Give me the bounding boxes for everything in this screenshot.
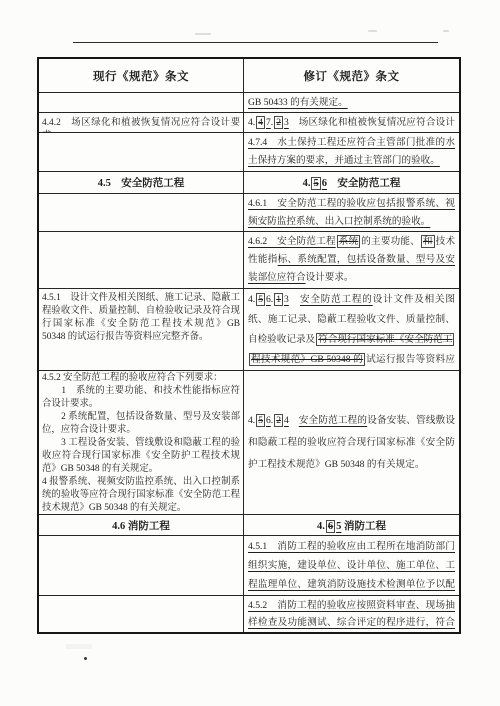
cell-revised: 4.5.2 消防工程的验收应按照资料审查、现场抽样检查及功能测试、综合评定的程序… [244,596,459,632]
cell-revised: 4.56 安全防范工程 [244,172,459,193]
cell-current [39,536,244,595]
scan-smudge [66,644,92,649]
cell-revised: GB 50433 的有关规定。 [244,93,459,112]
scan-smudge [195,33,211,35]
text-run: 设计要求。 [306,272,354,283]
text-run: 4 报警系统、视频安防监控系统、出入口控制系统的验收等应符合现行国家标准《安全防… [42,477,240,513]
text-run: 4.5 安全防范工程 [98,178,185,189]
table-row: 4.5.1 设计文件及相关图纸、施工记录、隐蔽工程验收文件、质量控制、自检验收记… [39,288,459,370]
inserted-run: 4.6.2 安全防范工程 [248,236,336,247]
cell-revised: 4.5.1 消防工程的验收应由工程所在地消防部门组织实施，建设单位、设计单位、施… [244,536,459,595]
table-row: 4.7.4 水土保持工程还应符合主管部门批准的水土保持方案的要求，并通过主管部门… [39,132,459,171]
inserted-run: 4.6.1 安全防范工程的验收应包括报警系统、视频安防监控系统、出入口控制系统的… [248,198,455,227]
cell-current: 4.5.1 设计文件及相关图纸、施工记录、隐蔽工程验收文件、质量控制、自检验收记… [39,289,244,370]
deleted-run: 2 [274,414,283,427]
inserted-run: 4.5.1 消防工程的验收应由工程所在地消防部门组织实施，建设单位、设计单位、施… [248,541,455,595]
table-row: 4.5.2 消防工程的验收应按照资料审查、现场抽样检查及功能测试、综合评定的程序… [39,595,459,632]
inserted-run: 安全防范工程的 [300,294,373,305]
section-title: 4.56 安全防范工程 [303,175,401,190]
deleted-run: 和 [421,235,435,248]
text-run: 4.5.1 设计文件及相关图纸、施工记录、隐蔽工程验收文件、质量控制、自检验收记… [42,293,242,342]
clause-paragraph: 1 系统的主要功能、和技术性能指标应符合设计要求。 [42,385,240,411]
table-row-section: 4.5 安全防范工程 4.56 安全防范工程 [39,171,459,193]
clause-paragraph: 3 工程设备安装、管线敷设和隐蔽工程的验收应符合现行国家标准《安全防护工程技术规… [42,437,240,476]
table-row: 4.5.1 消防工程的验收应由工程所在地消防部门组织实施，建设单位、设计单位、施… [39,535,459,595]
cell-current: 4.6 消防工程 [39,515,244,535]
table-header-row: 现行《规范》条文 修订《规范》条文 [39,59,459,92]
cell-revised: 4.6.1 安全防范工程的验收应包括报警系统、视频安防监控系统、出入口控制系统的… [244,194,459,231]
text-run: 1 系统的主要功能、和技术性能指标应符合设计要求。 [42,386,240,409]
inserted-run: 4.5.2 消防工程的验收应按照资料审查、现场抽样检查及功能测试、综合评定的程序… [248,600,455,632]
text-run: 4.5.2 安全防范工程的验收应符合下列要求： [42,373,222,383]
section-title: 4.5 安全防范工程 [98,175,185,190]
text-run: . [271,117,273,128]
inserted-run: GB 50433 的有关规定。 [248,97,348,108]
text-run: 消防工程 [341,521,386,532]
text-run: 4. [248,117,255,128]
cell-current [39,133,244,171]
text-run [289,415,299,426]
text-run: 4. [248,294,255,305]
cell-revised: 4.56.13 安全防范工程的设计文件及相关图纸、施工记录、隐蔽工程验收文件、质… [244,289,459,370]
text-run: 4. [317,521,325,532]
text-run: 4. [303,178,311,189]
clause-paragraph: 4.7.4 水土保持工程还应符合主管部门批准的水土保持方案的要求，并通过主管部门… [248,134,455,170]
deleted-run: 2 [274,116,283,129]
column-header-current: 现行《规范》条文 [39,59,244,92]
text-run [289,294,300,305]
table-row: 4.5.2 安全防范工程的验收应符合下列要求： 1 系统的主要功能、和技术性能指… [39,370,459,514]
table-row: 4.6.2 安全防范工程系统的主要功能、和技术性能指标、系统配置，包括设备数量、… [39,231,459,288]
table-row-section: 4.6 消防工程 4.65 消防工程 [39,514,459,535]
table-row: GB 50433 的有关规定。 [39,92,459,112]
scan-smudge [368,30,377,32]
cell-revised: 4.56.24 安全防范工程的设备安装、管线敷设和隐蔽工程的验收应符合现行国家标… [244,371,459,514]
clause-paragraph: GB 50433 的有关规定。 [248,94,455,112]
section-title: 4.6 消防工程 [112,518,170,533]
text-run: 4.4.2 场区绿化和植被恢复情况应符合设计要求。 [42,118,240,132]
cell-current: 4.5.2 安全防范工程的验收应符合下列要求： 1 系统的主要功能、和技术性能指… [39,371,244,514]
table-row: 4.4.2 场区绿化和植被恢复情况应符合设计要求。 4.47.23 场区绿化和植… [39,112,459,132]
scan-smudge [443,30,449,32]
column-header-revised-label: 修订《规范》条文 [304,68,400,84]
clause-paragraph: 4.6.2 安全防范工程系统的主要功能、和技术性能指标、系统配置，包括设备数量、… [248,233,455,287]
clause-paragraph: 4.5.2 安全防范工程的验收应符合下列要求： [42,372,240,385]
document-page: 现行《规范》条文 修订《规范》条文 GB 50433 的有关规定。 4.4.2 … [0,0,500,706]
deleted-run: 5 [256,293,265,306]
deleted-run: 5 [256,414,265,427]
deleted-run: 5 [311,177,320,190]
cell-current: 4.4.2 场区绿化和植被恢复情况应符合设计要求。 [39,113,244,132]
cell-revised: 4.47.23 场区绿化和植被恢复情况应符合设计要求。 [244,113,459,132]
page-header-rule [73,42,438,43]
cell-revised: 4.6.2 安全防范工程系统的主要功能、和技术性能指标、系统配置，包括设备数量、… [244,232,459,288]
text-run: . [271,294,273,305]
cell-current [39,93,244,112]
text-run: 安全防范工程 [327,178,401,189]
text-run: . [271,415,273,426]
clause-paragraph: 4.56.24 安全防范工程的设备安装、管线敷设和隐蔽工程的验收应符合现行国家标… [248,410,455,476]
text-run: 2 系统配置，包括设备数量、型号及安装部位，应符合设计要求。 [42,412,240,435]
clause-paragraph: 4.5.1 消防工程的验收应由工程所在地消防部门组织实施，建设单位、设计单位、施… [248,537,455,595]
clause-paragraph: 4.5.1 设计文件及相关图纸、施工记录、隐蔽工程验收文件、质量控制、自检验收记… [42,292,240,344]
cell-revised: 4.65 消防工程 [244,515,459,535]
deleted-run: 6 [326,520,335,533]
text-run: 的主要功能、 [361,236,420,247]
clause-paragraph: 4.4.2 场区绿化和植被恢复情况应符合设计要求。 [42,116,240,132]
ink-speck [84,657,87,660]
cell-current [39,232,244,288]
column-header-revised: 修订《规范》条文 [244,59,459,92]
deleted-run: 1 [274,293,283,306]
deleted-run: 4 [256,116,265,129]
inserted-run: 安全防范工程的 [299,415,367,426]
clause-paragraph: 4 报警系统、视频安防监控系统、出入口控制系统的验收等应符合现行国家标准《安全防… [42,476,240,514]
deleted-run: 系统 [337,235,361,248]
clause-paragraph: 2 系统配置，包括设备数量、型号及安装部位，应符合设计要求。 [42,411,240,437]
section-title: 4.65 消防工程 [317,518,386,533]
clause-paragraph: 4.56.13 安全防范工程的设计文件及相关图纸、施工记录、隐蔽工程验收文件、质… [248,290,455,370]
revision-comparison-table: 现行《规范》条文 修订《规范》条文 GB 50433 的有关规定。 4.4.2 … [37,57,461,634]
clause-paragraph: 4.47.23 场区绿化和植被恢复情况应符合设计要求。 [248,114,455,132]
table-row: 4.6.1 安全防范工程的验收应包括报警系统、视频安防监控系统、出入口控制系统的… [39,193,459,231]
text-run: 4. [248,415,255,426]
column-header-current-label: 现行《规范》条文 [93,68,189,84]
clause-paragraph: 4.6.1 安全防范工程的验收应包括报警系统、视频安防监控系统、出入口控制系统的… [248,195,455,231]
text-run: 4.6 消防工程 [112,521,170,532]
text-run: 3 工程设备安装、管线敷设和隐蔽工程的验收应符合现行国家标准《安全防护工程技术规… [42,438,240,474]
clause-paragraph: 4.5.2 消防工程的验收应按照资料审查、现场抽样检查及功能测试、综合评定的程序… [248,597,455,632]
cell-revised: 4.7.4 水土保持工程还应符合主管部门批准的水土保持方案的要求，并通过主管部门… [244,133,459,171]
inserted-run: 4.7.4 水土保持工程还应符合主管部门批准的水土保持方案的要求，并通过主管部门… [248,137,455,166]
cell-current [39,194,244,231]
cell-current [39,596,244,632]
cell-current: 4.5 安全防范工程 [39,172,244,193]
